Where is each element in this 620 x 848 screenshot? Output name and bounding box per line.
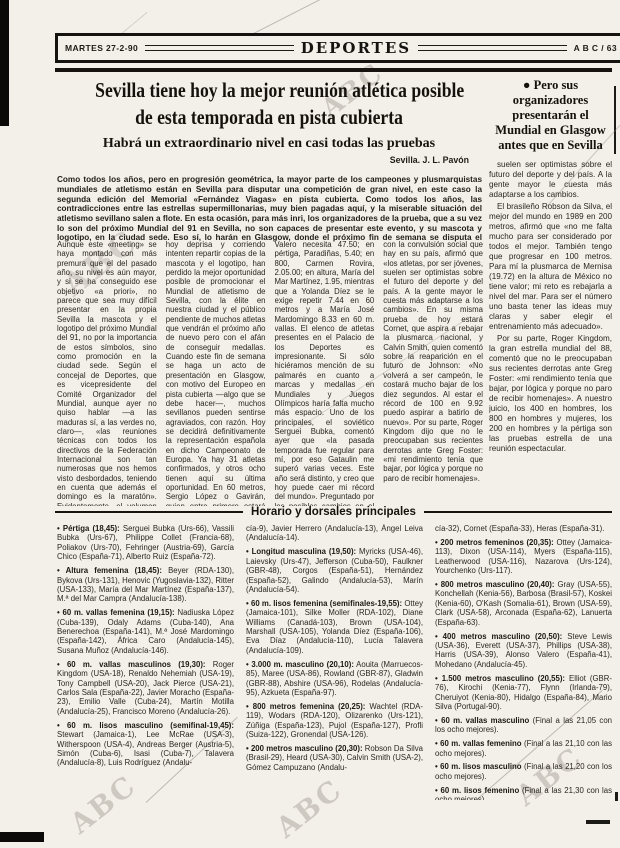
schedule-entry: • 200 metros femeninos (20,35): Ottey (J… (435, 538, 612, 576)
schedule-entry: • 60 m. vallas femenino (Final a las 21,… (435, 739, 612, 758)
entry-lead: • 1.500 metros masculino (20,55): (435, 674, 565, 683)
header-rule (145, 45, 294, 51)
article-headline: Sevilla tiene hoy la mejor reunión atlét… (57, 77, 481, 131)
entry-lead: • 60 m. lisos masculino (semifinal-19,45… (57, 721, 234, 730)
entry-lead: • 200 metros femeninos (20,35): (435, 538, 554, 547)
headline-line-2: de esta temporada en pista cubierta (95, 104, 443, 131)
schedule-entry: cía-9), Javier Herrero (Andalucía-13), Á… (246, 524, 423, 543)
schedule-entry: • 60 m. lisos masculino (Final a las 21,… (435, 762, 612, 781)
scan-edge-bar (0, 0, 9, 126)
scan-edge-mark (614, 86, 616, 154)
schedule-entry: cía-32), Cornet (España-33), Heras (Espa… (435, 524, 612, 533)
schedule-entry: • 3.000 m. masculino (20,10): Aouita (Ma… (246, 660, 423, 698)
page-folio: A B C / 63 (574, 43, 617, 53)
schedule-entry: • 60 m. lisos femenino (Final a las 21,3… (435, 786, 612, 800)
article-subhead: Habrá un extraordinario nivel en casi to… (57, 136, 481, 152)
schedule-rule-left (55, 511, 243, 513)
entry-lead: • 60 m. vallas masculinos (19,30): (57, 660, 206, 669)
sidebar-headline-text: Pero sus organizadores presentarán el Mu… (495, 78, 605, 152)
entry-lead: • Altura femenina (18,45): (57, 566, 162, 575)
headline-line-1: Sevilla tiene hoy la mejor reunión atlét… (95, 77, 443, 104)
entry-lead: • 400 metros masculino (20,50): (435, 632, 562, 641)
entry-lead: • 60 m. vallas masculino (435, 716, 529, 725)
bullet-icon: ● (523, 78, 531, 92)
schedule-entry: • Pértiga (18,45): Serguei Bubka (Urs-66… (57, 524, 234, 562)
scan-edge-blob (0, 832, 44, 842)
schedule-entry: • Longitud masculina (19,50): Myricks (U… (246, 547, 423, 594)
entry-lead: • 60 m. lisos femenina (semifinales-19,5… (246, 599, 402, 608)
article-byline: Sevilla. J. L. Pavón (57, 155, 469, 165)
header-rule (418, 45, 567, 51)
schedule-entry: • 1.500 metros masculino (20,55): Elliot… (435, 674, 612, 712)
article-column-3: Valero necesita 47.50; en pértiga, Parad… (275, 240, 375, 506)
schedule-entry: • 60 m. vallas masculinos (19,30): Roger… (57, 660, 234, 716)
schedule-column-2: cía-9), Javier Herrero (Andalucía-13), Á… (246, 524, 423, 800)
entry-text: Stewart (Jamaica-1), Lee McRae (USA-3), … (57, 730, 234, 767)
entry-lead: • 800 metros masculino (20,40): (435, 580, 554, 589)
schedule-entry: • 800 metros femenina (20,25): Wachtel (… (246, 702, 423, 740)
article-column-1: Aunque este «meeting» se haya montado co… (57, 240, 157, 506)
sidebar-paragraph: suelen ser optimistas sobre el futuro de… (489, 160, 612, 200)
schedule-entry: • 60 m. lisos masculino (semifinal-19,45… (57, 721, 234, 768)
entry-text: cía-9), Javier Herrero (Andalucía-13), Á… (246, 524, 423, 542)
top-rule (55, 68, 612, 72)
entry-lead: • 800 metros femenina (20,25): (246, 702, 365, 711)
schedule-entry: • Altura femenina (18,45): Beyer (RDA-13… (57, 566, 234, 604)
schedule-entry: • 400 metros masculino (20,50): Steve Le… (435, 632, 612, 670)
header-date: MARTES 27-2-90 (65, 43, 138, 53)
schedule-header: Horario y dorsales principales (55, 506, 612, 518)
lead-paragraph: Como todos los años, pero en progresión … (57, 175, 482, 243)
entry-lead: • Pértiga (18,45): (57, 524, 120, 533)
schedule-entry: • 200 metros masculino (20,30): Robson D… (246, 744, 423, 772)
schedule-columns: • Pértiga (18,45): Serguei Bubka (Urs-66… (57, 524, 612, 800)
newspaper-page: ABC ABC ABC ABC ABC MARTES 27-2-90 DEPOR… (0, 0, 620, 848)
schedule-entry: • 60 m. vallas femenina (19,15): Nadiusk… (57, 608, 234, 655)
entry-lead: • 60 m. vallas femenina (19,15): (57, 608, 175, 617)
sidebar-story: ● Pero sus organizadores presentarán el … (489, 78, 612, 506)
entry-lead: • 60 m. lisos femenino (435, 786, 519, 795)
page-header: MARTES 27-2-90 DEPORTES A B C / 63 (55, 33, 620, 63)
sidebar-paragraph: Por su parte, Roger Kingdom, la gran est… (489, 334, 612, 454)
section-title: DEPORTES (301, 39, 411, 57)
sidebar-headline: ● Pero sus organizadores presentarán el … (489, 78, 612, 153)
schedule-rule-right (424, 511, 612, 513)
article-columns: Aunque este «meeting» se haya montado co… (57, 240, 483, 506)
schedule-entry: • 800 metros masculino (20,40): Gray (US… (435, 580, 612, 627)
schedule-entry: • 60 m. vallas masculino (Final a las 21… (435, 716, 612, 735)
entry-lead: • 60 m. lisos masculino (435, 762, 522, 771)
entry-text: cía-32), Cornet (España-33), Heras (Espa… (435, 524, 604, 533)
scan-edge-dot (615, 792, 618, 801)
schedule-column-1: • Pértiga (18,45): Serguei Bubka (Urs-66… (57, 524, 234, 800)
sidebar-paragraph: El brasileño Robson da Silva, el mejor d… (489, 202, 612, 332)
entry-lead: • 200 metros masculino (20,30): (246, 744, 363, 753)
schedule-title: Horario y dorsales principales (251, 506, 416, 518)
entry-lead: • Longitud masculina (19,50): (246, 547, 356, 556)
schedule-entry: • 60 m. lisos femenina (semifinales-19,5… (246, 599, 423, 655)
article-column-4: con la convulsión social que hay en su p… (383, 240, 483, 506)
article-column-2: hoy deprisa y corriendo intenten reparti… (166, 240, 266, 506)
entry-lead: • 3.000 m. masculino (20,10): (246, 660, 354, 669)
entry-lead: • 60 m. vallas femenino (435, 739, 522, 748)
scan-edge-dash (586, 820, 610, 824)
schedule-column-3: cía-32), Cornet (España-33), Heras (Espa… (435, 524, 612, 800)
